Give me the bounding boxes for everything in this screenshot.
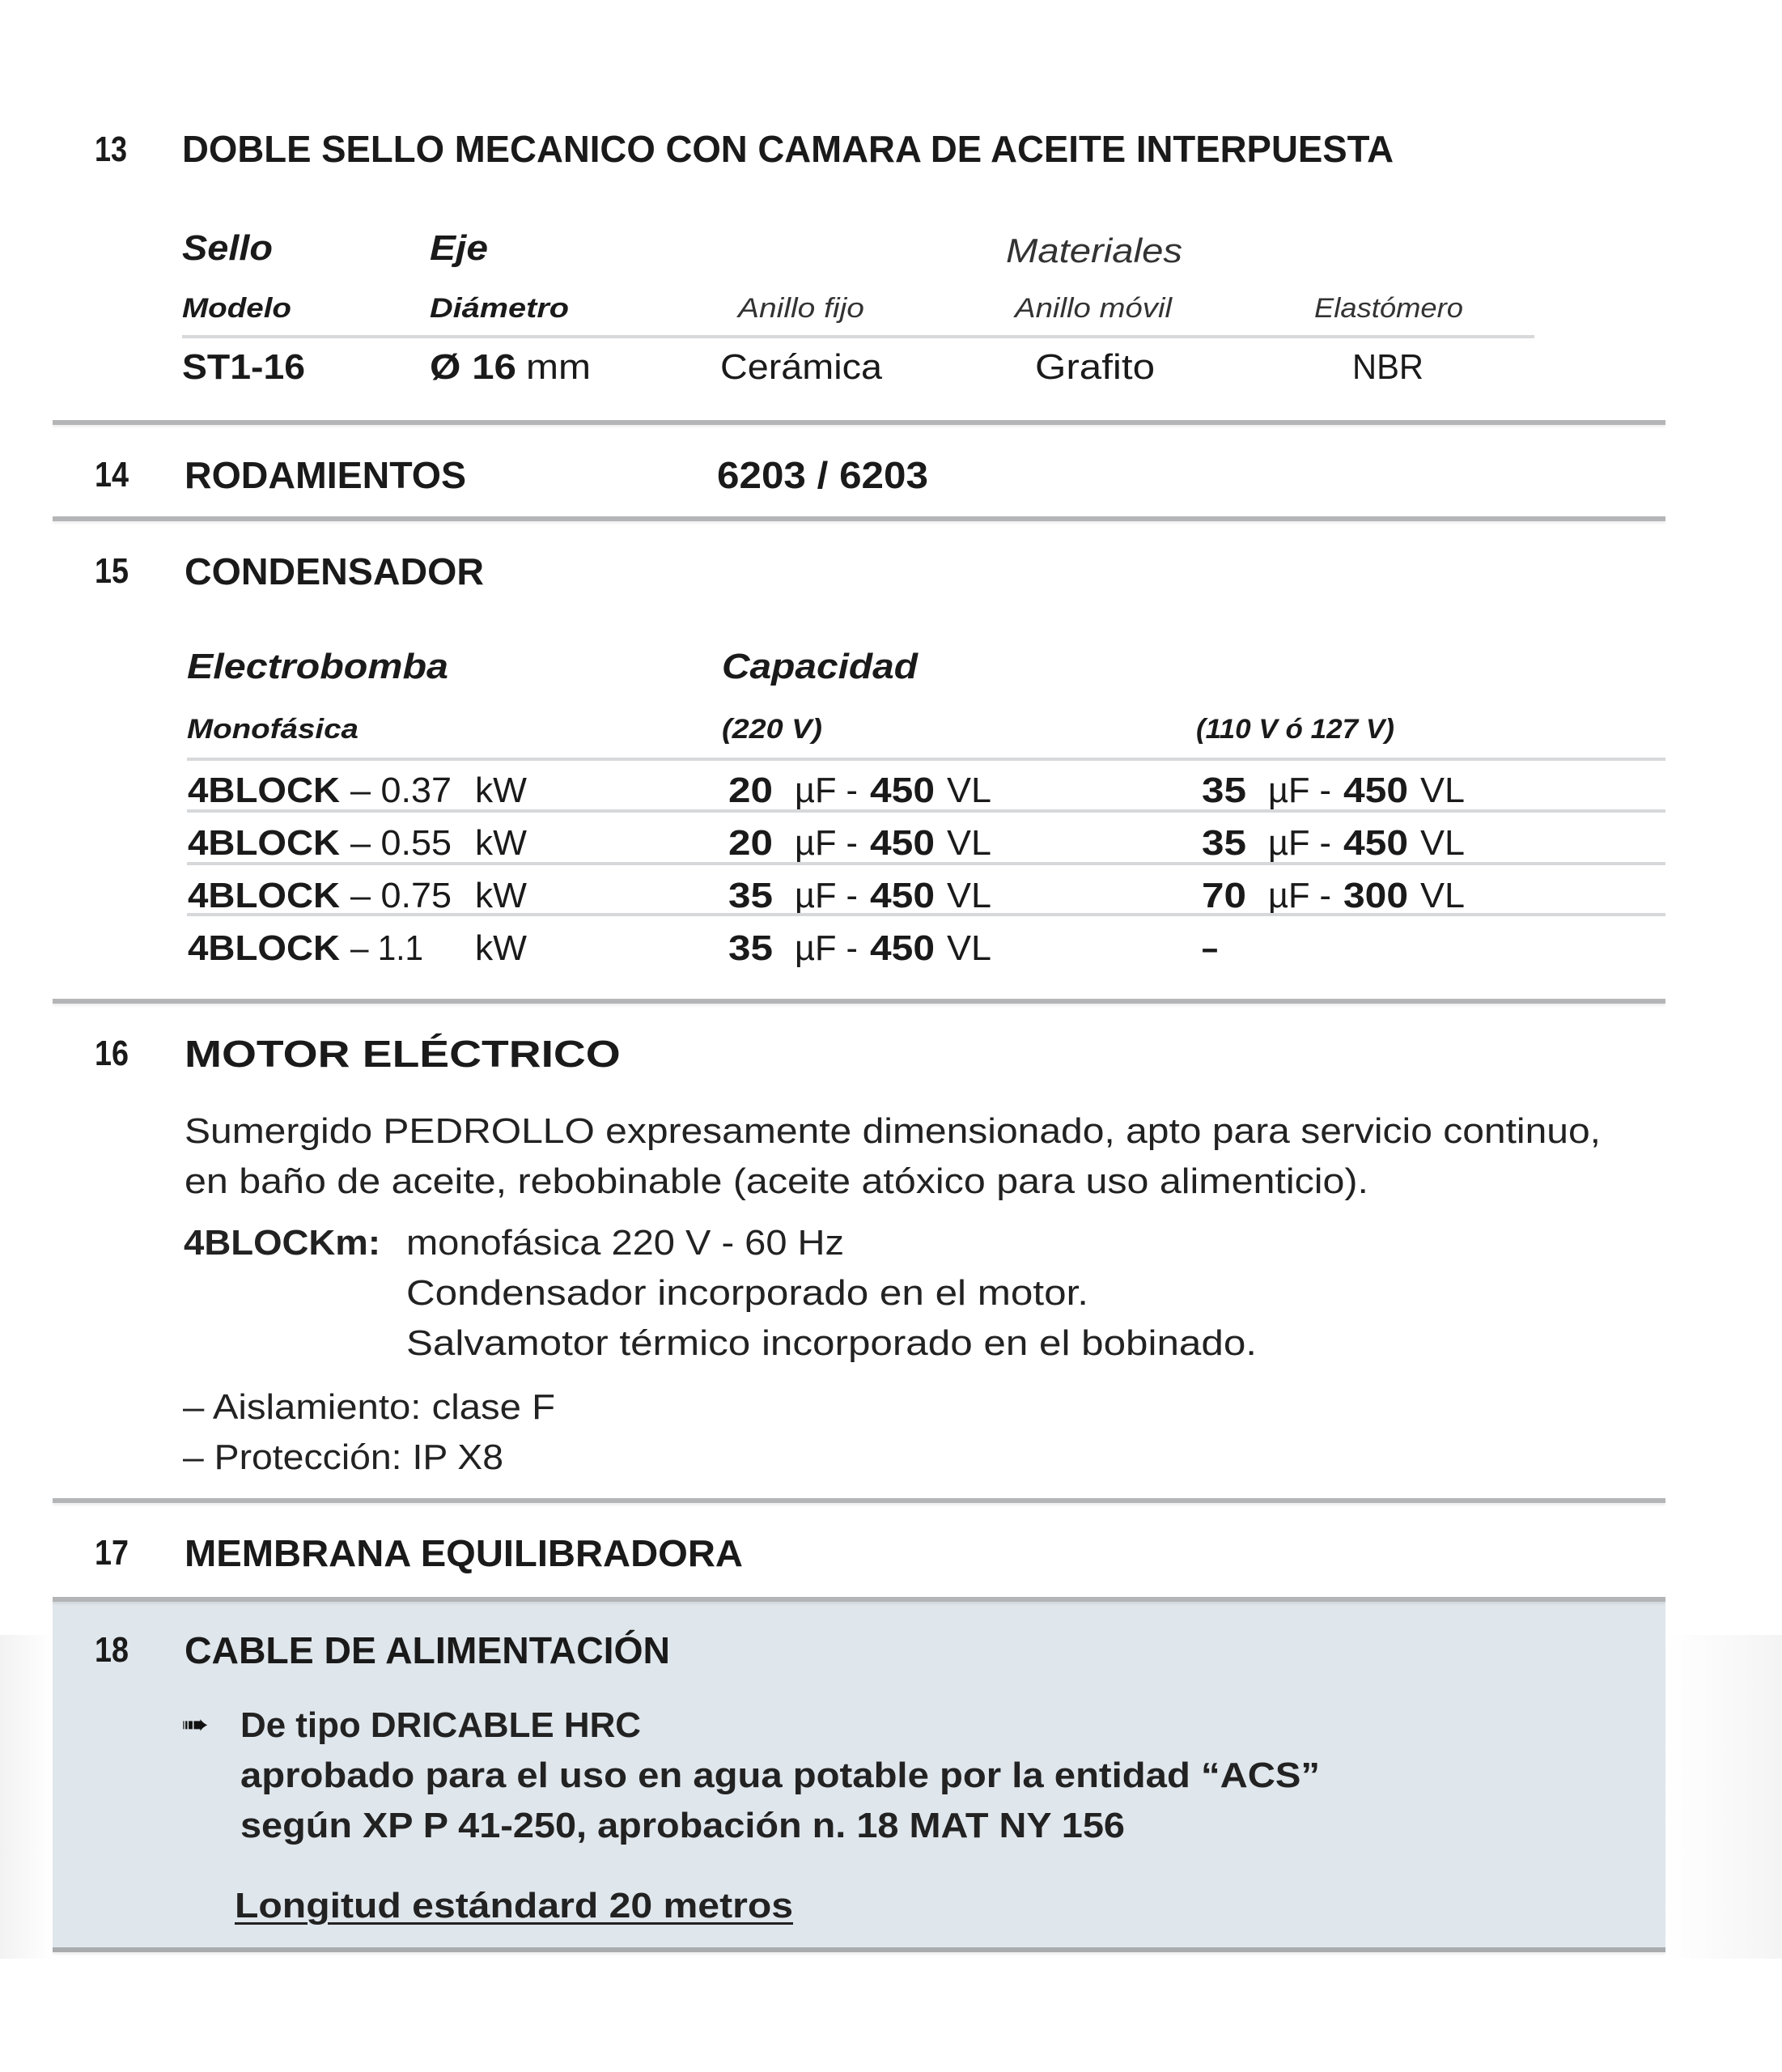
col-header-moving-ring: Anillo móvil bbox=[1015, 295, 1172, 322]
col-header-220v: (220 V) bbox=[722, 715, 822, 743]
capacity-uf: 35 bbox=[728, 931, 773, 966]
section-divider bbox=[53, 999, 1665, 1004]
power-unit: kW bbox=[475, 878, 527, 914]
insulation-class: – Aislamiento: clase F bbox=[183, 1390, 555, 1425]
capacity-uf: 35 bbox=[1202, 773, 1246, 809]
section-divider bbox=[53, 420, 1665, 425]
capacity-voltage: 450 bbox=[870, 826, 935, 861]
page-shadow-left bbox=[0, 1635, 53, 1959]
capacity-voltage: 450 bbox=[1343, 826, 1408, 861]
section-number: 18 bbox=[95, 1633, 129, 1668]
capacity-empty: – bbox=[1202, 931, 1218, 966]
variant-spec-line: monofásica 220 V - 60 Hz bbox=[406, 1225, 844, 1261]
section-title: CABLE DE ALIMENTACIÓN bbox=[185, 1632, 670, 1669]
section-divider bbox=[53, 1597, 1665, 1602]
capacity-voltage: 450 bbox=[1343, 773, 1408, 809]
elastomer-material: NBR bbox=[1352, 350, 1423, 385]
pump-model: 4BLOCK bbox=[188, 773, 340, 809]
table-row-rule bbox=[187, 809, 1665, 813]
table-row-rule bbox=[187, 913, 1665, 916]
capacity-voltage: 450 bbox=[870, 931, 935, 966]
cable-approval: aprobado para el uso en agua potable por… bbox=[240, 1758, 1320, 1794]
capacity-uf: 35 bbox=[1202, 826, 1246, 861]
capacity-voltage-unit: VL bbox=[947, 931, 991, 966]
motor-description-line: en baño de aceite, rebobinable (aceite a… bbox=[185, 1164, 1368, 1199]
capacity-uf: 70 bbox=[1202, 878, 1246, 914]
section-title: DOBLE SELLO MECANICO CON CAMARA DE ACEIT… bbox=[182, 130, 1394, 168]
section-title: CONDENSADOR bbox=[185, 553, 484, 590]
pump-model: 4BLOCK bbox=[188, 931, 340, 966]
capacity-uf: 20 bbox=[728, 826, 773, 861]
capacity-uf: 20 bbox=[728, 773, 773, 809]
capacity-voltage: 450 bbox=[870, 878, 935, 914]
table-header-rule bbox=[182, 335, 1534, 338]
section-number: 16 bbox=[95, 1036, 129, 1072]
bearings-value: 6203 / 6203 bbox=[717, 456, 928, 494]
col-group-pump: Electrobomba bbox=[187, 649, 448, 685]
power-unit: kW bbox=[475, 931, 527, 966]
col-group-materials: Materiales bbox=[1006, 234, 1182, 268]
col-header-model: Modelo bbox=[182, 295, 291, 322]
capacity-uf: 35 bbox=[728, 878, 773, 914]
page-shadow-right bbox=[1665, 1635, 1782, 1959]
section-number: 15 bbox=[95, 554, 129, 589]
capacity-voltage-unit: VL bbox=[1420, 773, 1465, 809]
section-divider bbox=[53, 1498, 1665, 1503]
shaft-diameter-unit: mm bbox=[526, 350, 591, 385]
col-header-fixed-ring: Anillo fijo bbox=[738, 295, 864, 322]
moving-ring-material: Grafito bbox=[1035, 350, 1155, 385]
col-header-diameter: Diámetro bbox=[430, 295, 569, 322]
seal-model: ST1-16 bbox=[182, 350, 305, 385]
section-number: 13 bbox=[95, 132, 127, 168]
pump-model: 4BLOCK bbox=[188, 826, 340, 861]
table-header-rule bbox=[187, 758, 1665, 761]
capacity-uf-unit: µF - bbox=[1268, 826, 1331, 861]
capacity-uf-unit: µF - bbox=[1268, 878, 1331, 914]
protection-rating: – Protección: IP X8 bbox=[183, 1440, 503, 1475]
variant-spec-line: Condensador incorporado en el motor. bbox=[406, 1276, 1088, 1311]
cable-standard: según XP P 41-250, aprobación n. 18 MAT … bbox=[240, 1808, 1125, 1844]
table-row-rule bbox=[187, 862, 1665, 865]
section-number: 17 bbox=[95, 1535, 129, 1571]
shaft-diameter: Ø 16 bbox=[430, 350, 516, 385]
col-group-shaft: Eje bbox=[430, 231, 488, 266]
arrow-right-icon: ➠ bbox=[181, 1711, 209, 1739]
capacity-uf-unit: µF - bbox=[795, 878, 858, 914]
capacity-voltage-unit: VL bbox=[1420, 878, 1465, 914]
col-header-110v: (110 V ó 127 V) bbox=[1196, 715, 1394, 743]
section-divider-bottom bbox=[53, 1947, 1665, 1952]
pump-power: – 0.37 bbox=[350, 773, 452, 809]
power-unit: kW bbox=[475, 773, 527, 809]
section-title: MOTOR ELÉCTRICO bbox=[185, 1035, 621, 1072]
capacity-uf-unit: µF - bbox=[795, 931, 858, 966]
col-header-single-phase: Monofásica bbox=[187, 715, 359, 743]
capacity-uf-unit: µF - bbox=[795, 773, 858, 809]
pump-power: – 0.55 bbox=[350, 826, 452, 861]
capacity-voltage-unit: VL bbox=[947, 826, 991, 861]
pump-power: – 0.75 bbox=[350, 878, 452, 914]
pump-model: 4BLOCK bbox=[188, 878, 340, 914]
section-title: RODAMIENTOS bbox=[185, 456, 466, 494]
motor-description-line: Sumergido PEDROLLO expresamente dimensio… bbox=[185, 1114, 1601, 1149]
section-divider bbox=[53, 516, 1665, 521]
col-header-elastomer: Elastómero bbox=[1314, 295, 1463, 322]
variant-spec-line: Salvamotor térmico incorporado en el bob… bbox=[406, 1326, 1257, 1361]
col-group-capacity: Capacidad bbox=[722, 649, 918, 685]
section-number: 14 bbox=[95, 457, 129, 493]
col-group-seal: Sello bbox=[182, 231, 273, 266]
capacity-voltage-unit: VL bbox=[947, 773, 991, 809]
capacity-uf-unit: µF - bbox=[795, 826, 858, 861]
cable-type: De tipo DRICABLE HRC bbox=[240, 1708, 641, 1743]
capacity-voltage: 450 bbox=[870, 773, 935, 809]
cable-length-note: Longitud estándard 20 metros bbox=[235, 1888, 793, 1924]
capacity-voltage: 300 bbox=[1343, 878, 1408, 914]
section-title: MEMBRANA EQUILIBRADORA bbox=[185, 1535, 743, 1572]
power-unit: kW bbox=[475, 826, 527, 861]
capacity-uf-unit: µF - bbox=[1268, 773, 1331, 809]
variant-label: 4BLOCKm: bbox=[184, 1225, 380, 1261]
capacity-voltage-unit: VL bbox=[1420, 826, 1465, 861]
capacity-voltage-unit: VL bbox=[947, 878, 991, 914]
pump-power: – 1.1 bbox=[350, 931, 423, 966]
fixed-ring-material: Cerámica bbox=[720, 350, 882, 385]
